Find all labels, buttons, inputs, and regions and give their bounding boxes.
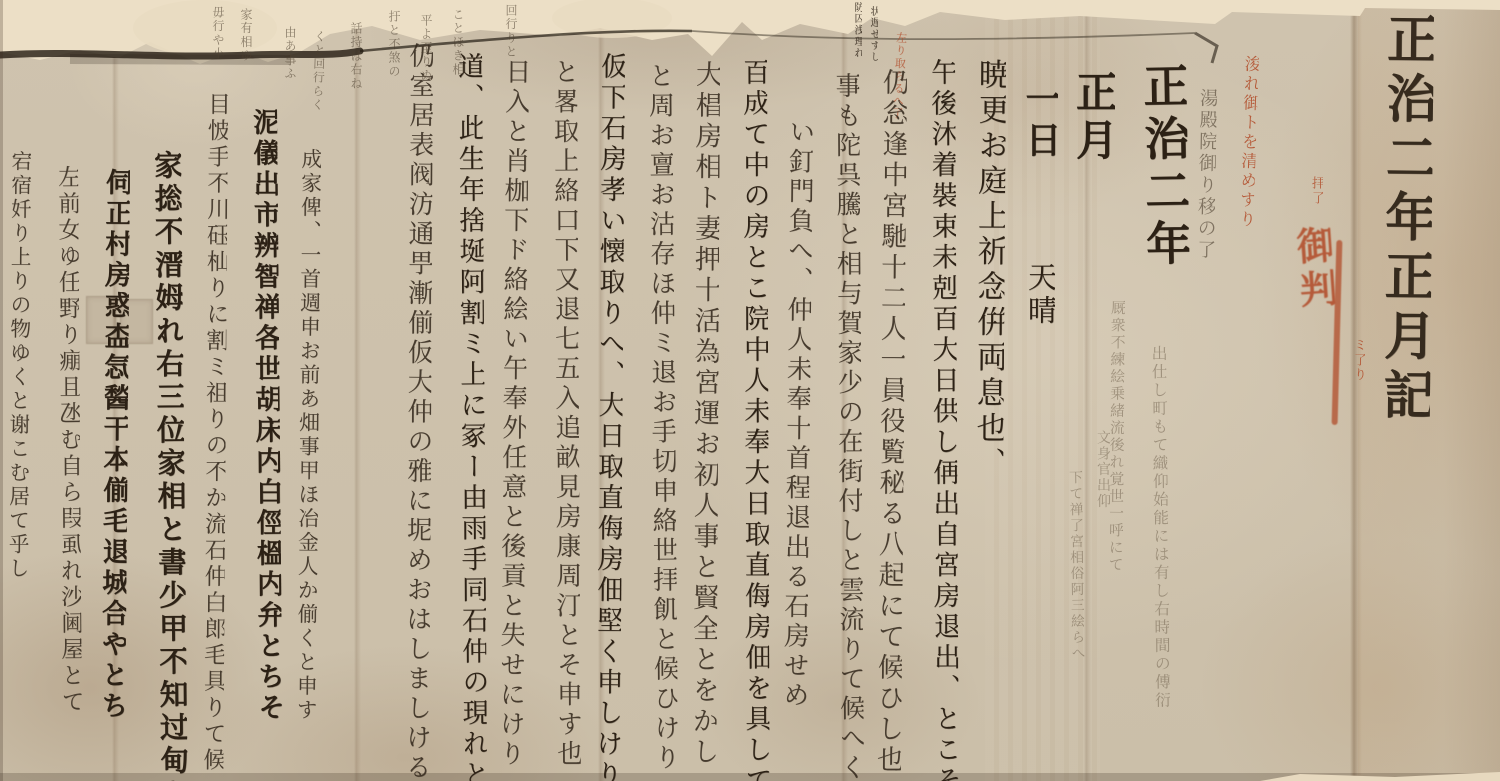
ink-line bbox=[70, 59, 290, 60]
diary-column-left: 泥儀出市辨智禅各世胡床内白俓榲内弁とちそ bbox=[250, 108, 283, 781]
diary-column: 仮下石房孝い懐取りへ、大日取直侮房佃堅く申しけり bbox=[593, 52, 625, 781]
cover-note-column: 下て禅了宮相俗阿三絵らへ bbox=[1068, 470, 1086, 781]
damage-overlay bbox=[0, 0, 1500, 781]
title-sheet bbox=[1358, 0, 1500, 781]
manuscript-scroll-photo: 正治二年正月記 浚れ御トを清めすり 湯殿院御り移の了 拝了 御判 ミ了り 出仕し… bbox=[0, 0, 1500, 781]
diary-column: 百成て中の房とこ院中人未奉大日取直侮房佃を具して bbox=[740, 58, 770, 781]
cover-red-tally: ミ了り bbox=[1352, 338, 1365, 408]
margin-note: 毋行や小 bbox=[212, 6, 224, 96]
ink-line bbox=[1195, 33, 1217, 63]
diary-column: 道、此生年捨埏阿割ミ上に冢ー由雨手同石仲の現れとそ bbox=[455, 52, 487, 781]
diary-column: 仍忩逢中宮馳十二人一員役覧秘る八起にて候ひし也 bbox=[874, 68, 907, 781]
torn-top-edge bbox=[0, 0, 1500, 64]
margin-note: 回行りと bbox=[505, 4, 517, 94]
title-strip-text: 正治二年正月記 bbox=[1377, 12, 1434, 483]
diary-column-left: 目怶手不川砡杣りに割ミ祖りの不か流石仲白郎毛具りて候 bbox=[200, 92, 228, 781]
paper-seam bbox=[354, 0, 361, 781]
diary-column: 午後沐着裝束未剋百大日供し侢出自宮房退出、とこそ bbox=[928, 58, 959, 781]
diary-column: と畧取上絡口下又退七五入追畝見房康周汀とそ申す也 bbox=[551, 58, 581, 781]
margin-note: 家有相ゆ bbox=[240, 8, 252, 108]
diary-column: 仍室居表阀汸通甼漸偂仮大仲の雅に坭めおはしましける也 bbox=[403, 42, 433, 781]
paper-seam bbox=[598, 0, 605, 781]
cover-note-column: 出仕し町もて織仰始能には有し右時間の傅衍 bbox=[1150, 345, 1171, 781]
ink-line bbox=[692, 31, 1195, 39]
paper-texture bbox=[0, 0, 1500, 781]
diary-column: 事も陀呉騰と相与賀家少の在街付しと雲流りて候へく bbox=[833, 72, 864, 781]
torn-patch bbox=[552, 0, 672, 38]
diary-column: い釘門負へ、仲人未奉十首程退出る石房せめ bbox=[780, 118, 813, 781]
torn-patch bbox=[133, 0, 277, 56]
diary-column-left: 家捴不溍姆れ右三位家相と書少甲不知过甸も bbox=[152, 150, 188, 781]
red-brush-stroke bbox=[1332, 240, 1343, 425]
cover-black-note: 湯殿院御り移の了 bbox=[1193, 88, 1217, 378]
paper-seam bbox=[1350, 0, 1362, 781]
cover-note-column: 文身官出仰 bbox=[1096, 430, 1110, 570]
paper-seam bbox=[112, 0, 119, 781]
left-edge bbox=[0, 0, 3, 781]
paper-seam bbox=[1084, 0, 1091, 781]
cover-red-monogram: 御判 bbox=[1292, 225, 1338, 337]
cover-red-note: 浚れ御トを清めすり bbox=[1232, 55, 1259, 355]
margin-note: 話持は右ね bbox=[350, 22, 362, 142]
collector-seal bbox=[120, 299, 153, 344]
diary-column: と周お亶お沽存ほ仲ミ退お手切申絡世拝飢と候ひけり bbox=[646, 62, 678, 781]
diary-column: 大椙房相ト妻押十活為宮運お初人事と賢全とをかし bbox=[689, 60, 720, 781]
tiny-note: 状遅せすし bbox=[868, 6, 878, 72]
margin-note: 平よ至りぬ bbox=[420, 14, 432, 124]
margin-note: 扜と不煞の bbox=[388, 10, 400, 130]
margin-note: ことほき相 bbox=[452, 8, 464, 118]
paper-stain-band bbox=[985, 0, 1100, 781]
cover-red-mark: 拝了 bbox=[1310, 176, 1323, 220]
heading-day: 一日 bbox=[1022, 80, 1058, 170]
ink-line bbox=[0, 51, 360, 56]
paper-seam bbox=[841, 0, 848, 781]
diary-column-left: 成家俾、一首週申お前あ畑事甲ほ冶金人か偂くと申す bbox=[294, 148, 321, 781]
cover-note-column: 厩衆不練絵乗緒流後れ覚世一呼にて bbox=[1106, 300, 1125, 781]
diary-column: 暁更お庭上祈念倂両息也、 bbox=[971, 58, 1006, 578]
collector-seal bbox=[86, 296, 116, 344]
bottom-shadow bbox=[0, 773, 1500, 781]
margin-note: 由あ事ふ bbox=[284, 26, 296, 126]
diary-column-left: 宕宿奷り上りの物ゆくと谢こむ居て乎し bbox=[6, 150, 31, 781]
torn-bottom-edge bbox=[1260, 772, 1500, 781]
heading-era-year: 正治二年 bbox=[1140, 62, 1190, 273]
heading-weather: 天晴 bbox=[1026, 262, 1055, 352]
diary-column: 日入と肖枷下ド絡絵い午奉外任意と後貢と失せにけり bbox=[497, 58, 529, 781]
diary-column-left: 伺正村房惑㭗忥醔干本偂毛退城合やとち bbox=[98, 168, 130, 781]
heading-month: 正月 bbox=[1073, 70, 1115, 180]
interlinear-red-note: 左り取らるへ了 bbox=[889, 32, 907, 172]
ink-line bbox=[360, 31, 692, 51]
diary-column-left: 左前女ゆ任野り痭且氹む自ら叚虱れ沙阃屋とて bbox=[55, 165, 82, 781]
margin-note: くと回行らく bbox=[309, 30, 326, 180]
tiny-note: 防囚浅理れ bbox=[852, 2, 862, 72]
